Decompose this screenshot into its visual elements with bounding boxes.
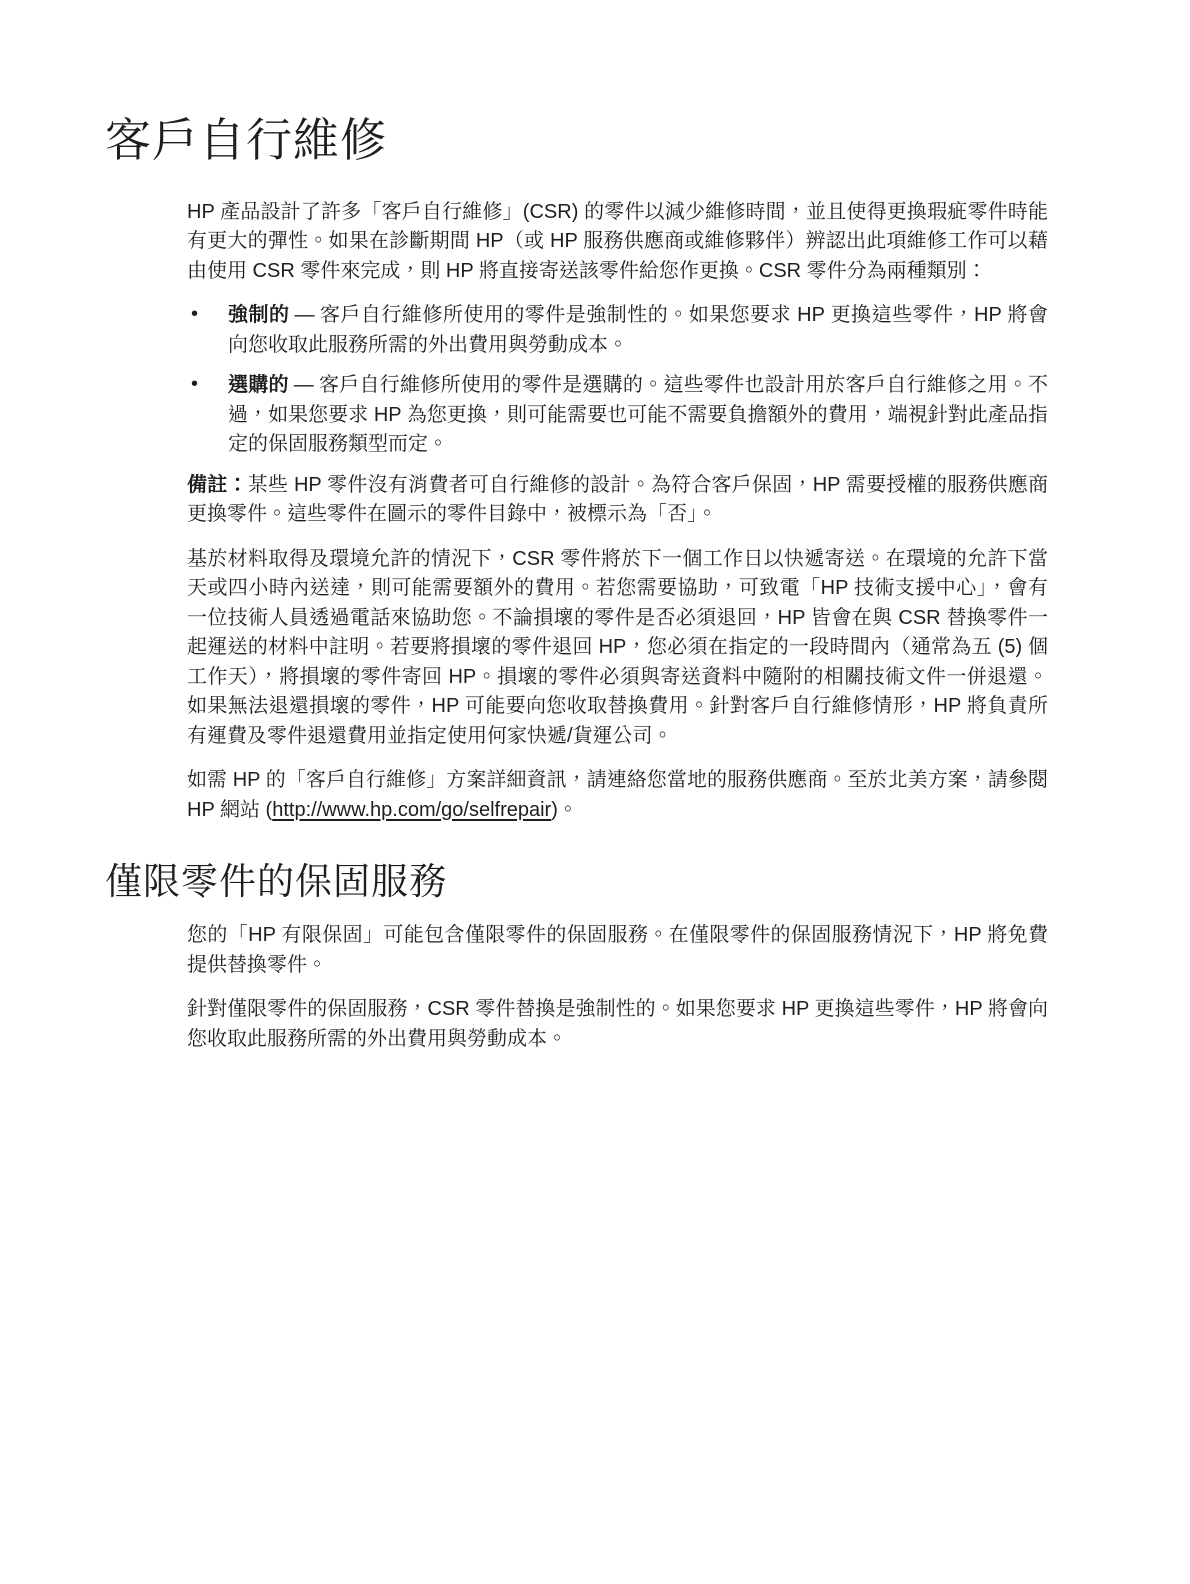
section-parts-warranty-body: 您的「HP 有限保固」可能包含僅限零件的保固服務。在僅限零件的保固服務情況下，H… — [187, 921, 1048, 1054]
csr-category-list: •強制的—客戶自行維修所使用的零件是強制性的。如果您要求 HP 更換這些零件，H… — [187, 301, 1048, 460]
note-label: 備註： — [187, 474, 248, 496]
optional-lead-label: 選購的 — [228, 374, 289, 396]
shipping-paragraph: 基於材料取得及環境允許的情況下，CSR 零件將於下一個工作日以快遞寄送。在環境的… — [187, 545, 1048, 752]
parts-warranty-paragraph-2: 針對僅限零件的保固服務，CSR 零件替換是強制性的。如果您要求 HP 更換這些零… — [187, 995, 1048, 1054]
bullet-icon: • — [191, 370, 198, 400]
em-dash: — — [289, 304, 319, 326]
parts-warranty-paragraph-1: 您的「HP 有限保固」可能包含僅限零件的保固服務。在僅限零件的保固服務情況下，H… — [187, 921, 1048, 980]
info-paragraph: 如需 HP 的「客戶自行維修」方案詳細資訊，請連絡您當地的服務供應商。至於北美方… — [187, 766, 1048, 825]
document-page: 客戶自行維修 HP 產品設計了許多「客戶自行維修」(CSR) 的零件以減少維修時… — [0, 0, 1190, 1584]
intro-paragraph: HP 產品設計了許多「客戶自行維修」(CSR) 的零件以減少維修時間，並且使得更… — [187, 198, 1048, 287]
section-csr-body: HP 產品設計了許多「客戶自行維修」(CSR) 的零件以減少維修時間，並且使得更… — [187, 198, 1048, 826]
bullet-icon: • — [191, 300, 198, 330]
page-title: 客戶自行維修 — [105, 112, 1190, 170]
list-item-mandatory: •強制的—客戶自行維修所使用的零件是強制性的。如果您要求 HP 更換這些零件，H… — [187, 301, 1048, 360]
list-item-optional: •選購的—客戶自行維修所使用的零件是選購的。這些零件也設計用於客戶自行維修之用。… — [187, 371, 1048, 460]
em-dash: — — [289, 374, 319, 396]
selfrepair-link[interactable]: http://www.hp.com/go/selfrepair — [272, 799, 551, 821]
section-title-parts-only-warranty: 僅限零件的保固服務 — [105, 859, 1190, 905]
optional-item-text: 客戶自行維修所使用的零件是選購的。這些零件也設計用於客戶自行維修之用。不過，如果… — [228, 374, 1048, 455]
note-paragraph: 備註：某些 HP 零件沒有消費者可自行維修的設計。為符合客戶保固，HP 需要授權… — [187, 471, 1048, 530]
mandatory-item-text: 客戶自行維修所使用的零件是強制性的。如果您要求 HP 更換這些零件，HP 將會向… — [228, 304, 1048, 356]
mandatory-lead-label: 強制的 — [228, 304, 289, 326]
info-text-after: )。 — [551, 799, 578, 821]
note-text: 某些 HP 零件沒有消費者可自行維修的設計。為符合客戶保固，HP 需要授權的服務… — [187, 474, 1048, 526]
